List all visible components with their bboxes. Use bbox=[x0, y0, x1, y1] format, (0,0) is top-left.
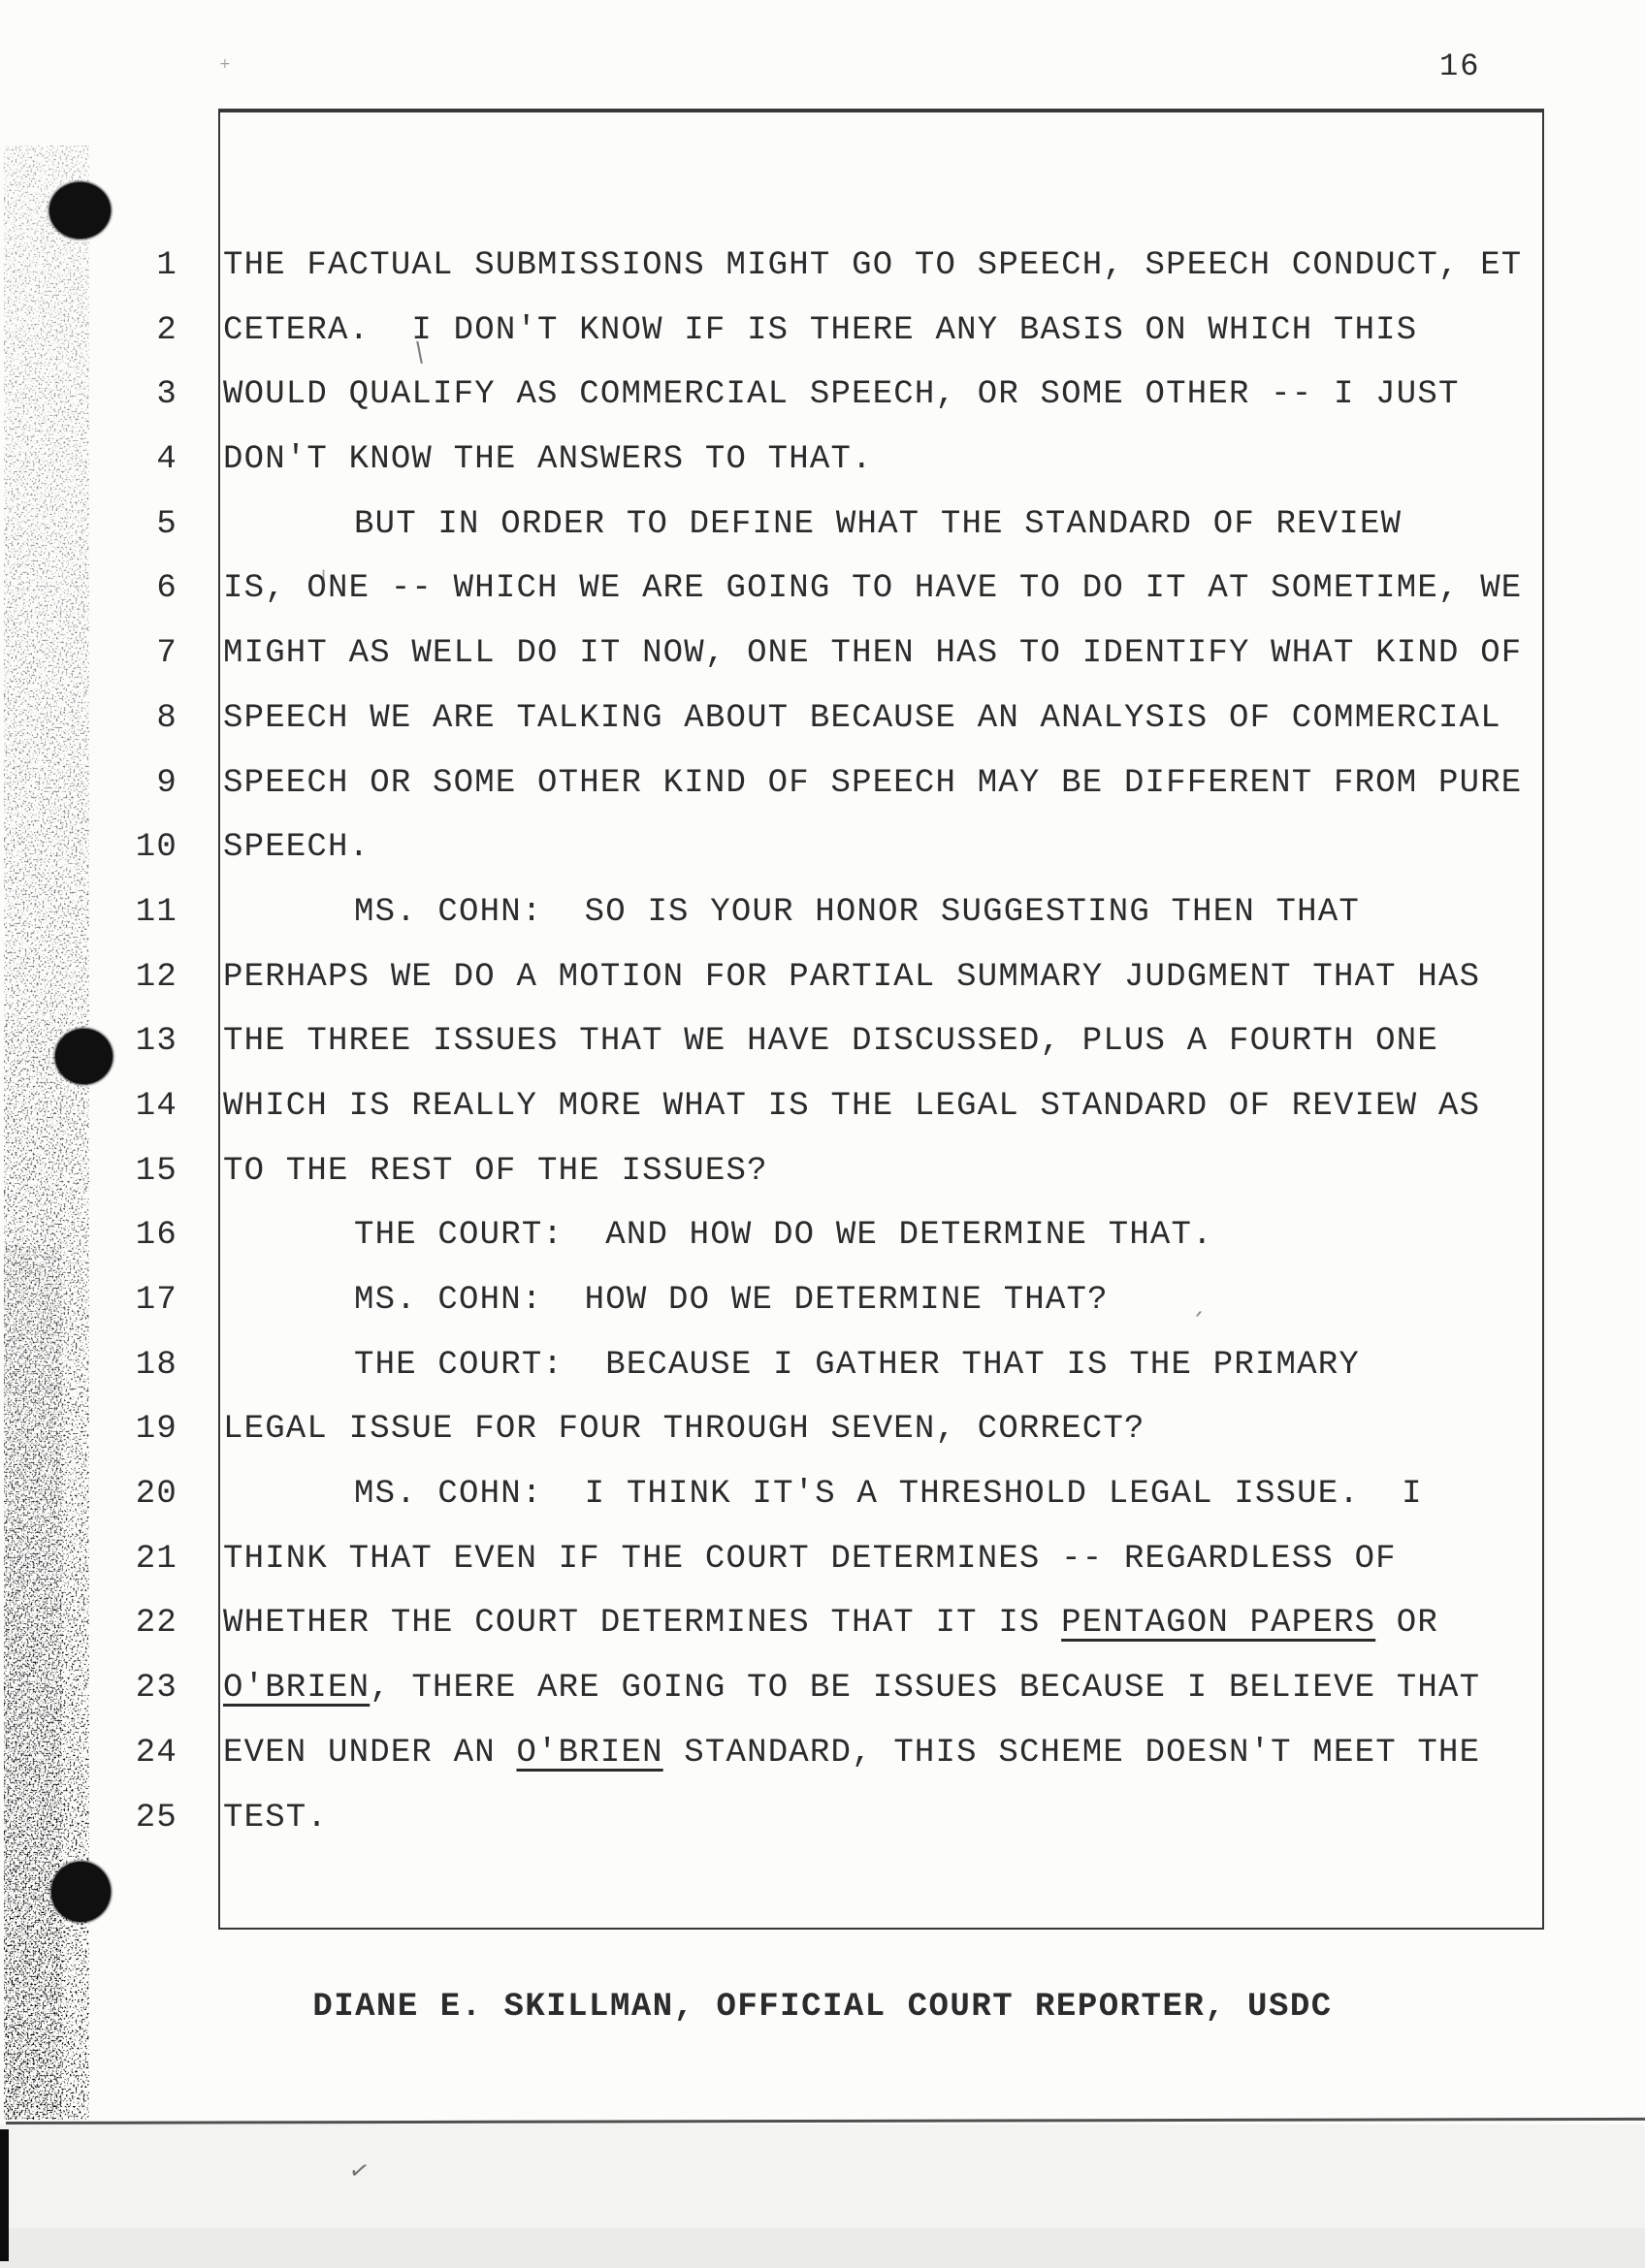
transcript-line: 23O'BRIEN, THERE ARE GOING TO BE ISSUES … bbox=[0, 1671, 1645, 1736]
line-text: WOULD QUALIFY AS COMMERCIAL SPEECH, OR S… bbox=[223, 377, 1460, 412]
scanned-transcript-page: 16 1THE FACTUAL SUBMISSIONS MIGHT GO TO … bbox=[0, 0, 1645, 2268]
transcript-line: 15TO THE REST OF THE ISSUES? bbox=[0, 1154, 1645, 1219]
line-number: 11 bbox=[0, 895, 177, 930]
text-segment: , THERE ARE GOING TO BE ISSUES BECAUSE I… bbox=[370, 1670, 1480, 1707]
transcript-line: 3WOULD QUALIFY AS COMMERCIAL SPEECH, OR … bbox=[0, 377, 1645, 442]
text-segment: BUT IN ORDER TO DEFINE WHAT THE STANDARD… bbox=[354, 506, 1402, 543]
transcript-line: 13THE THREE ISSUES THAT WE HAVE DISCUSSE… bbox=[0, 1024, 1645, 1089]
text-segment: SPEECH. bbox=[223, 829, 370, 866]
line-text: SPEECH. bbox=[223, 830, 370, 865]
line-text: BUT IN ORDER TO DEFINE WHAT THE STANDARD… bbox=[354, 507, 1402, 542]
line-number: 6 bbox=[0, 571, 177, 606]
transcript-line: 20MS. COHN: I THINK IT'S A THRESHOLD LEG… bbox=[0, 1477, 1645, 1542]
line-number: 4 bbox=[0, 442, 177, 477]
scan-artifact-mark: ´ bbox=[1191, 1309, 1205, 1339]
line-number: 22 bbox=[0, 1606, 177, 1641]
text-segment: STANDARD, THIS SCHEME DOESN'T MEET THE bbox=[663, 1735, 1481, 1772]
scan-artifact-mark: + bbox=[219, 56, 231, 72]
line-number: 3 bbox=[0, 377, 177, 412]
line-text: MS. COHN: SO IS YOUR HONOR SUGGESTING TH… bbox=[354, 895, 1360, 930]
transcript-line: 22WHETHER THE COURT DETERMINES THAT IT I… bbox=[0, 1606, 1645, 1671]
line-text: MS. COHN: HOW DO WE DETERMINE THAT? bbox=[354, 1283, 1109, 1318]
line-text: PERHAPS WE DO A MOTION FOR PARTIAL SUMMA… bbox=[223, 960, 1480, 995]
line-text: THE COURT: AND HOW DO WE DETERMINE THAT. bbox=[354, 1218, 1213, 1253]
line-number: 16 bbox=[0, 1218, 177, 1253]
transcript-line: 7MIGHT AS WELL DO IT NOW, ONE THEN HAS T… bbox=[0, 636, 1645, 701]
text-segment: WHETHER THE COURT DETERMINES THAT IT IS bbox=[223, 1605, 1061, 1642]
transcript-line: 16THE COURT: AND HOW DO WE DETERMINE THA… bbox=[0, 1218, 1645, 1283]
line-text: MIGHT AS WELL DO IT NOW, ONE THEN HAS TO… bbox=[223, 636, 1522, 671]
line-text: SPEECH OR SOME OTHER KIND OF SPEECH MAY … bbox=[223, 766, 1522, 801]
line-number: 13 bbox=[0, 1024, 177, 1059]
line-number: 10 bbox=[0, 830, 177, 865]
hole-punch-top bbox=[49, 182, 111, 239]
line-number: 1 bbox=[0, 248, 177, 283]
line-number: 15 bbox=[0, 1154, 177, 1189]
transcript-line: 5BUT IN ORDER TO DEFINE WHAT THE STANDAR… bbox=[0, 507, 1645, 572]
line-text: LEGAL ISSUE FOR FOUR THROUGH SEVEN, CORR… bbox=[223, 1412, 1145, 1447]
underlined-case-name: PENTAGON PAPERS bbox=[1061, 1605, 1375, 1642]
line-number: 25 bbox=[0, 1801, 177, 1836]
text-segment: PERHAPS WE DO A MOTION FOR PARTIAL SUMMA… bbox=[223, 959, 1480, 996]
line-text: TEST. bbox=[223, 1801, 328, 1836]
transcript-line: 11MS. COHN: SO IS YOUR HONOR SUGGESTING … bbox=[0, 895, 1645, 960]
transcript-line: 6IS, ONE -- WHICH WE ARE GOING TO HAVE T… bbox=[0, 571, 1645, 636]
line-number: 2 bbox=[0, 313, 177, 348]
line-number: 12 bbox=[0, 960, 177, 995]
line-text: O'BRIEN, THERE ARE GOING TO BE ISSUES BE… bbox=[223, 1671, 1480, 1706]
text-segment: DON'T KNOW THE ANSWERS TO THAT. bbox=[223, 441, 873, 478]
line-number: 18 bbox=[0, 1348, 177, 1383]
line-text: WHICH IS REALLY MORE WHAT IS THE LEGAL S… bbox=[223, 1089, 1480, 1124]
transcript-line: 8SPEECH WE ARE TALKING ABOUT BECAUSE AN … bbox=[0, 701, 1645, 766]
transcript-line: 9SPEECH OR SOME OTHER KIND OF SPEECH MAY… bbox=[0, 766, 1645, 831]
court-reporter-footer: DIANE E. SKILLMAN, OFFICIAL COURT REPORT… bbox=[58, 1988, 1587, 2027]
transcript-line: 17MS. COHN: HOW DO WE DETERMINE THAT? bbox=[0, 1283, 1645, 1348]
transcript-line: 14WHICH IS REALLY MORE WHAT IS THE LEGAL… bbox=[0, 1089, 1645, 1154]
text-segment: TO THE REST OF THE ISSUES? bbox=[223, 1153, 768, 1190]
line-text: IS, ONE -- WHICH WE ARE GOING TO HAVE TO… bbox=[223, 571, 1522, 606]
hole-punch-bottom bbox=[51, 1862, 111, 1922]
line-number: 8 bbox=[0, 701, 177, 736]
text-segment: EVEN UNDER AN bbox=[223, 1735, 516, 1772]
transcript-line: 10SPEECH. bbox=[0, 830, 1645, 895]
line-number: 7 bbox=[0, 636, 177, 671]
line-number: 23 bbox=[0, 1671, 177, 1706]
line-text: EVEN UNDER AN O'BRIEN STANDARD, THIS SCH… bbox=[223, 1736, 1480, 1771]
transcript-line: 25TEST. bbox=[0, 1801, 1645, 1866]
line-number: 14 bbox=[0, 1089, 177, 1124]
line-text: THE COURT: BECAUSE I GATHER THAT IS THE … bbox=[354, 1348, 1360, 1383]
line-text: THINK THAT EVEN IF THE COURT DETERMINES … bbox=[223, 1542, 1397, 1577]
scan-artifact-mark: | bbox=[320, 567, 327, 591]
text-segment: MS. COHN: I THINK IT'S A THRESHOLD LEGAL… bbox=[354, 1476, 1423, 1513]
line-number: 17 bbox=[0, 1283, 177, 1318]
line-text: CETERA. I DON'T KNOW IF IS THERE ANY BAS… bbox=[223, 313, 1417, 348]
text-segment: THE COURT: AND HOW DO WE DETERMINE THAT. bbox=[354, 1217, 1213, 1254]
bottom-scan-band-dark bbox=[0, 2228, 1645, 2268]
line-number: 20 bbox=[0, 1477, 177, 1512]
underlined-case-name: O'BRIEN bbox=[223, 1670, 370, 1707]
transcript-line: 1THE FACTUAL SUBMISSIONS MIGHT GO TO SPE… bbox=[0, 248, 1645, 313]
transcript-line: 12PERHAPS WE DO A MOTION FOR PARTIAL SUM… bbox=[0, 960, 1645, 1025]
transcript-line: 18THE COURT: BECAUSE I GATHER THAT IS TH… bbox=[0, 1348, 1645, 1413]
text-segment: LEGAL ISSUE FOR FOUR THROUGH SEVEN, CORR… bbox=[223, 1411, 1145, 1448]
text-segment: WOULD QUALIFY AS COMMERCIAL SPEECH, OR S… bbox=[223, 376, 1460, 413]
text-segment: SPEECH OR SOME OTHER KIND OF SPEECH MAY … bbox=[223, 765, 1522, 802]
text-segment: THE THREE ISSUES THAT WE HAVE DISCUSSED,… bbox=[223, 1023, 1438, 1060]
line-number: 5 bbox=[0, 507, 177, 542]
line-text: THE FACTUAL SUBMISSIONS MIGHT GO TO SPEE… bbox=[223, 248, 1522, 283]
scan-separator-line bbox=[6, 2118, 1645, 2124]
line-text: MS. COHN: I THINK IT'S A THRESHOLD LEGAL… bbox=[354, 1477, 1423, 1512]
line-text: DON'T KNOW THE ANSWERS TO THAT. bbox=[223, 442, 873, 477]
text-segment: IS, ONE -- WHICH WE ARE GOING TO HAVE TO… bbox=[223, 570, 1522, 607]
scan-left-black-bar bbox=[0, 2129, 9, 2261]
text-segment: SPEECH WE ARE TALKING ABOUT BECAUSE AN A… bbox=[223, 700, 1501, 737]
text-segment: CETERA. I DON'T KNOW IF IS THERE ANY BAS… bbox=[223, 312, 1417, 349]
text-segment: TEST. bbox=[223, 1800, 328, 1837]
line-text: THE THREE ISSUES THAT WE HAVE DISCUSSED,… bbox=[223, 1024, 1438, 1059]
line-text: SPEECH WE ARE TALKING ABOUT BECAUSE AN A… bbox=[223, 701, 1501, 736]
transcript-line: 2CETERA. I DON'T KNOW IF IS THERE ANY BA… bbox=[0, 313, 1645, 378]
text-segment: THE FACTUAL SUBMISSIONS MIGHT GO TO SPEE… bbox=[223, 247, 1522, 284]
text-segment: THINK THAT EVEN IF THE COURT DETERMINES … bbox=[223, 1541, 1397, 1578]
text-segment: MIGHT AS WELL DO IT NOW, ONE THEN HAS TO… bbox=[223, 635, 1522, 672]
transcript-line: 24EVEN UNDER AN O'BRIEN STANDARD, THIS S… bbox=[0, 1736, 1645, 1801]
underlined-case-name: O'BRIEN bbox=[516, 1735, 662, 1772]
text-segment: MS. COHN: SO IS YOUR HONOR SUGGESTING TH… bbox=[354, 894, 1360, 931]
line-number: 19 bbox=[0, 1412, 177, 1447]
text-segment: MS. COHN: HOW DO WE DETERMINE THAT? bbox=[354, 1282, 1109, 1319]
line-number: 21 bbox=[0, 1542, 177, 1577]
text-segment: THE COURT: BECAUSE I GATHER THAT IS THE … bbox=[354, 1347, 1360, 1384]
text-segment: OR bbox=[1375, 1605, 1438, 1642]
transcript-lines: 1THE FACTUAL SUBMISSIONS MIGHT GO TO SPE… bbox=[0, 248, 1645, 1865]
line-text: WHETHER THE COURT DETERMINES THAT IT IS … bbox=[223, 1606, 1438, 1641]
transcript-line: 4DON'T KNOW THE ANSWERS TO THAT. bbox=[0, 442, 1645, 507]
transcript-line: 21THINK THAT EVEN IF THE COURT DETERMINE… bbox=[0, 1542, 1645, 1607]
text-segment: WHICH IS REALLY MORE WHAT IS THE LEGAL S… bbox=[223, 1088, 1480, 1125]
line-number: 24 bbox=[0, 1736, 177, 1771]
line-text: TO THE REST OF THE ISSUES? bbox=[223, 1154, 768, 1189]
transcript-line: 19LEGAL ISSUE FOR FOUR THROUGH SEVEN, CO… bbox=[0, 1412, 1645, 1477]
page-number: 16 bbox=[1439, 48, 1480, 84]
line-number: 9 bbox=[0, 766, 177, 801]
